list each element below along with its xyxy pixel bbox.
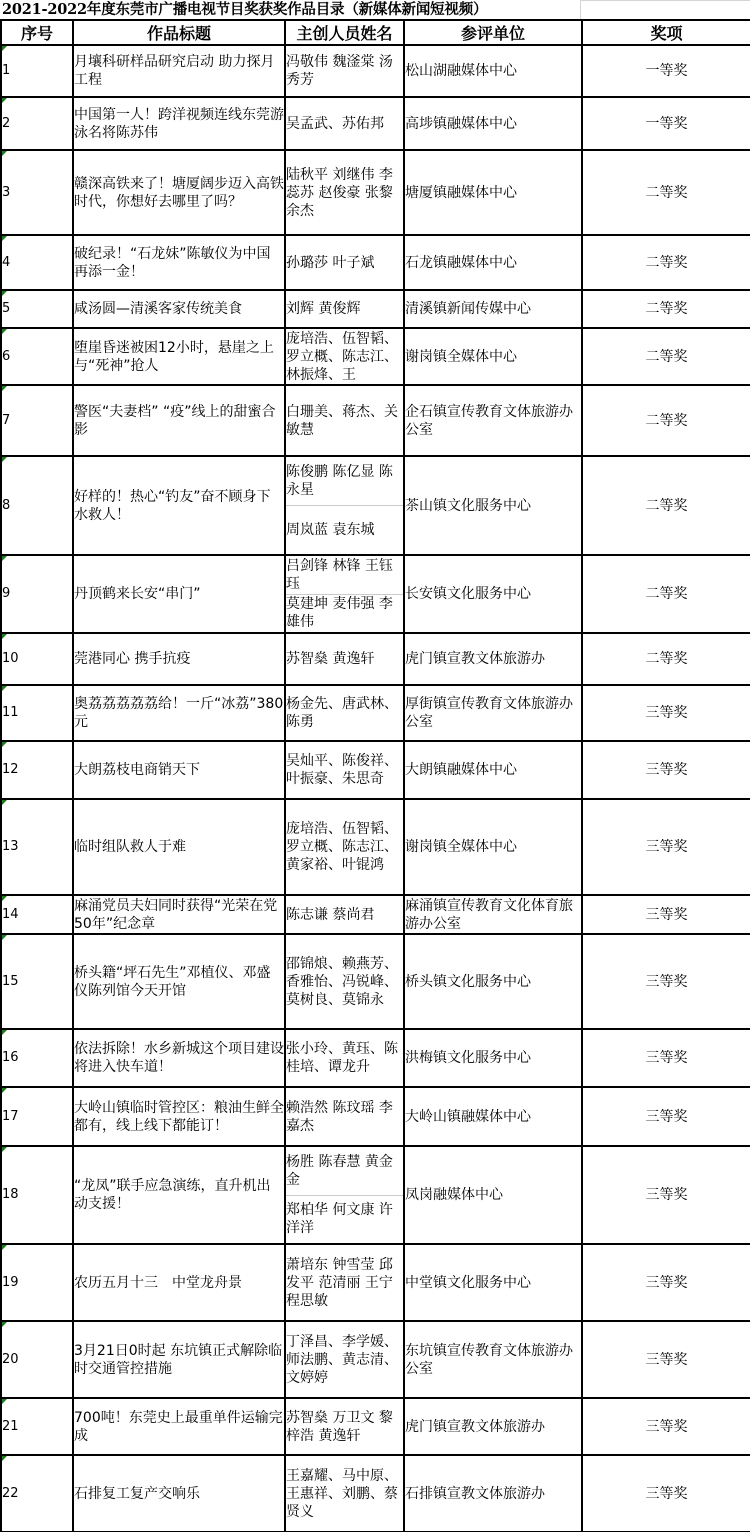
cell-index[interactable]: 15: [1, 934, 73, 1029]
creators-text: 庞培浩、伍智韬、罗立概、陈志江、黄家裕、叶锟鸿: [286, 820, 403, 874]
cell-work-title[interactable]: 麻涌党员夫妇同时获得“光荣在党50年”纪念章: [73, 895, 285, 934]
cell-work-title[interactable]: 大朗荔枝电商销天下: [73, 741, 285, 799]
cell-unit[interactable]: 石龙镇融媒体中心: [404, 235, 582, 290]
cell-award[interactable]: 三等奖: [582, 799, 750, 895]
cell-work-title[interactable]: 奥荔荔荔荔荔给！一斤“冰荔”380元: [73, 685, 285, 741]
cell-award[interactable]: 二等奖: [582, 555, 750, 633]
cell-work-title[interactable]: 破纪录！“石龙妹”陈敏仪为中国再添一金！: [73, 235, 285, 290]
cell-creators[interactable]: 刘辉 黄俊辉: [285, 290, 404, 328]
cell-index[interactable]: 9: [1, 555, 73, 633]
creators-text: 杨胜 陈春慧 黄金金: [286, 1153, 403, 1189]
cell-work-title[interactable]: 丹顶鹤来长安“串门”: [73, 555, 285, 633]
cell-creators[interactable]: 赖浩然 陈玟瑶 李嘉杰: [285, 1087, 404, 1146]
cell-work-title[interactable]: 依法拆除！水乡新城这个项目建设将进入快车道！: [73, 1029, 285, 1087]
cell-index[interactable]: 17: [1, 1087, 73, 1146]
cell-creators[interactable]: 杨胜 陈春慧 黄金金郑柏华 何文康 许洋洋: [285, 1146, 404, 1244]
cell-unit[interactable]: 洪梅镇文化服务中心: [404, 1029, 582, 1087]
cell-index[interactable]: 12: [1, 741, 73, 799]
cell-creators[interactable]: 苏智燊 黄逸轩: [285, 633, 404, 685]
cell-creators[interactable]: 邵锦烺、赖燕芳、香雅怡、冯锐峰、莫树良、莫锦永: [285, 934, 404, 1029]
cell-award[interactable]: 三等奖: [582, 1321, 750, 1398]
creators-text: 萧培东 钟雪莹 邱发平 范清丽 王宁程思敏: [286, 1256, 403, 1310]
header-row: 序号 作品标题 主创人员姓名 参评单位 奖项: [1, 20, 750, 45]
creators-sub-cell[interactable]: 郑柏华 何文康 许洋洋: [286, 1195, 403, 1244]
table-row: 21700吨！东莞史上最重单件运输完成苏智燊 万卫文 黎梓浩 黄逸轩虎门镇宣教文…: [1, 1398, 750, 1455]
table-row: 17大岭山镇临时管控区：粮油生鲜全都有，线上线下都能订！赖浩然 陈玟瑶 李嘉杰大…: [1, 1087, 750, 1146]
cell-unit[interactable]: 大朗镇融媒体中心: [404, 741, 582, 799]
creators-sub-cell[interactable]: 周岚蓝 袁东城: [286, 505, 403, 554]
cell-award[interactable]: 三等奖: [582, 934, 750, 1029]
sheet-title: 2021-2022年度东莞市广播电视节目奖获奖作品目录（新媒体新闻短视频）: [2, 0, 487, 19]
header-creators[interactable]: 主创人员姓名: [285, 20, 404, 45]
cell-award[interactable]: 三等奖: [582, 1087, 750, 1146]
table-row: 18“龙凤”联手应急演练，直升机出动支援！杨胜 陈春慧 黄金金郑柏华 何文康 许…: [1, 1146, 750, 1244]
creators-text: 苏智燊 黄逸轩: [286, 650, 403, 668]
table-row: 9丹顶鹤来长安“串门”吕剑锋 林锋 王钰珏莫建坤 麦伟强 李雄伟长安镇文化服务中…: [1, 555, 750, 633]
cell-unit[interactable]: 大岭山镇融媒体中心: [404, 1087, 582, 1146]
creators-text: 王嘉耀、马中原、王惠祥、刘鹏、蔡贤义: [286, 1467, 403, 1521]
cell-index[interactable]: 10: [1, 633, 73, 685]
table-row: 5咸汤圆—清溪客家传统美食刘辉 黄俊辉清溪镇新闻传媒中心二等奖: [1, 290, 750, 328]
table-row: 3赣深高铁来了！塘厦阔步迈入高铁时代，你想好去哪里了吗？陆秋平 刘继伟 李蕊苏 …: [1, 150, 750, 235]
table-row: 22石排复工复产交响乐王嘉耀、马中原、王惠祥、刘鹏、蔡贤义石排镇宣教文体旅游办三…: [1, 1455, 750, 1532]
cell-creators[interactable]: 陈志谦 蔡尚君: [285, 895, 404, 934]
cell-work-title[interactable]: 好样的！热心“钓友”奋不顾身下水救人！: [73, 456, 285, 555]
creators-text: 杨金先、唐武林、陈勇: [286, 695, 403, 731]
table-row: 7警医“夫妻档” “疫”线上的甜蜜合影白珊美、蒋杰、关敏慧企石镇宣传教育文体旅游…: [1, 385, 750, 456]
table-row: 12大朗荔枝电商销天下吴灿平、陈俊祥、叶振豪、朱思奇大朗镇融媒体中心三等奖: [1, 741, 750, 799]
cell-unit[interactable]: 桥头镇文化服务中心: [404, 934, 582, 1029]
cell-award[interactable]: 二等奖: [582, 385, 750, 456]
cell-award[interactable]: 二等奖: [582, 633, 750, 685]
creators-split-group: 吕剑锋 林锋 王钰珏莫建坤 麦伟强 李雄伟: [286, 556, 403, 632]
creators-text: 陈志谦 蔡尚君: [286, 906, 403, 924]
cell-work-title[interactable]: 赣深高铁来了！塘厦阔步迈入高铁时代，你想好去哪里了吗？: [73, 150, 285, 235]
cell-unit[interactable]: 高埗镇融媒体中心: [404, 97, 582, 150]
cell-unit[interactable]: 松山湖融媒体中心: [404, 45, 582, 97]
cell-unit[interactable]: 麻涌镇宣传教育文化体育旅游办公室: [404, 895, 582, 934]
creators-text: 吕剑锋 林锋 王钰珏: [286, 557, 403, 593]
cell-index[interactable]: 18: [1, 1146, 73, 1244]
cell-creators[interactable]: 陆秋平 刘继伟 李蕊苏 赵俊豪 张黎 余杰: [285, 150, 404, 235]
cell-work-title[interactable]: 农历五月十三 中堂龙舟景: [73, 1244, 285, 1321]
table-row: 14麻涌党员夫妇同时获得“光荣在党50年”纪念章陈志谦 蔡尚君麻涌镇宣传教育文化…: [1, 895, 750, 934]
awards-table: 序号 作品标题 主创人员姓名 参评单位 奖项 1月壤科研样品研究启动 助力探月工…: [0, 19, 750, 1532]
creators-text: 陈俊鹏 陈亿显 陈永星: [286, 463, 403, 499]
cell-award[interactable]: 二等奖: [582, 456, 750, 555]
cell-unit[interactable]: 企石镇宣传教育文体旅游办公室: [404, 385, 582, 456]
creators-text: 吴孟武、苏佑邦: [286, 115, 403, 133]
cell-index[interactable]: 7: [1, 385, 73, 456]
cell-award[interactable]: 三等奖: [582, 1455, 750, 1532]
gridline: [580, 0, 750, 1]
cell-creators[interactable]: 庞培浩、伍智韬、罗立概、陈志江、林振烽、王: [285, 328, 404, 385]
table-row: 203月21日0时起 东坑镇正式解除临时交通管控措施丁泽昌、李学媛、师法鹏、黄志…: [1, 1321, 750, 1398]
table-row: 6堕崖昏迷被困12小时，悬崖之上与“死神”抢人庞培浩、伍智韬、罗立概、陈志江、林…: [1, 328, 750, 385]
cell-creators[interactable]: 白珊美、蒋杰、关敏慧: [285, 385, 404, 456]
cell-award[interactable]: 二等奖: [582, 235, 750, 290]
cell-creators[interactable]: 冯敬伟 魏滏棠 汤秀芳: [285, 45, 404, 97]
cell-unit[interactable]: 厚街镇宣传教育文体旅游办公室: [404, 685, 582, 741]
cell-work-title[interactable]: 莞港同心 携手抗疫: [73, 633, 285, 685]
cell-unit[interactable]: 虎门镇宣教文体旅游办: [404, 633, 582, 685]
cell-unit[interactable]: 清溪镇新闻传媒中心: [404, 290, 582, 328]
cell-index[interactable]: 2: [1, 97, 73, 150]
creators-text: 孙璐莎 叶子斌: [286, 254, 403, 272]
cell-work-title[interactable]: 中国第一人！跨洋视频连线东莞游泳名将陈苏伟: [73, 97, 285, 150]
table-row: 15桥头籍“坪石先生”邓植仪、邓盛仪陈列馆今天开馆邵锦烺、赖燕芳、香雅怡、冯锐峰…: [1, 934, 750, 1029]
cell-unit[interactable]: 塘厦镇融媒体中心: [404, 150, 582, 235]
cell-index[interactable]: 11: [1, 685, 73, 741]
cell-index[interactable]: 21: [1, 1398, 73, 1455]
cell-creators[interactable]: 杨金先、唐武林、陈勇: [285, 685, 404, 741]
gridline: [580, 0, 581, 19]
creators-text: 白珊美、蒋杰、关敏慧: [286, 403, 403, 439]
cell-unit[interactable]: 石排镇宣教文体旅游办: [404, 1455, 582, 1532]
cell-unit[interactable]: 东坑镇宣传教育文体旅游办公室: [404, 1321, 582, 1398]
creators-sub-cell[interactable]: 莫建坤 麦伟强 李雄伟: [286, 594, 403, 633]
cell-creators[interactable]: 张小玲、黄珏、陈桂培、谭龙升: [285, 1029, 404, 1087]
creators-sub-cell[interactable]: 吕剑锋 林锋 王钰珏: [286, 556, 403, 594]
cell-work-title[interactable]: 大岭山镇临时管控区：粮油生鲜全都有，线上线下都能订！: [73, 1087, 285, 1146]
creators-sub-cell[interactable]: 陈俊鹏 陈亿显 陈永星: [286, 457, 403, 505]
cell-creators[interactable]: 庞培浩、伍智韬、罗立概、陈志江、黄家裕、叶锟鸿: [285, 799, 404, 895]
cell-work-title[interactable]: 堕崖昏迷被困12小时，悬崖之上与“死神”抢人: [73, 328, 285, 385]
cell-award[interactable]: 三等奖: [582, 741, 750, 799]
cell-award[interactable]: 一等奖: [582, 45, 750, 97]
cell-index[interactable]: 8: [1, 456, 73, 555]
cell-work-title[interactable]: 警医“夫妻档” “疫”线上的甜蜜合影: [73, 385, 285, 456]
cell-creators[interactable]: 吕剑锋 林锋 王钰珏莫建坤 麦伟强 李雄伟: [285, 555, 404, 633]
table-row: 10莞港同心 携手抗疫苏智燊 黄逸轩虎门镇宣教文体旅游办二等奖: [1, 633, 750, 685]
cell-creators[interactable]: 丁泽昌、李学媛、师法鹏、黄志清、文婷婷: [285, 1321, 404, 1398]
header-index[interactable]: 序号: [1, 20, 73, 45]
cell-award[interactable]: 三等奖: [582, 685, 750, 741]
title-row[interactable]: 2021-2022年度东莞市广播电视节目奖获奖作品目录（新媒体新闻短视频）: [0, 0, 750, 19]
creators-text: 周岚蓝 袁东城: [286, 521, 374, 539]
cell-award[interactable]: 三等奖: [582, 1146, 750, 1244]
creators-text: 吴灿平、陈俊祥、叶振豪、朱思奇: [286, 752, 403, 788]
table-row: 1月壤科研样品研究启动 助力探月工程冯敬伟 魏滏棠 汤秀芳松山湖融媒体中心一等奖: [1, 45, 750, 97]
cell-creators[interactable]: 陈俊鹏 陈亿显 陈永星周岚蓝 袁东城: [285, 456, 404, 555]
cell-index[interactable]: 5: [1, 290, 73, 328]
table-row: 13临时组队救人于难庞培浩、伍智韬、罗立概、陈志江、黄家裕、叶锟鸿谢岗镇全媒体中…: [1, 799, 750, 895]
cell-creators[interactable]: 吴孟武、苏佑邦: [285, 97, 404, 150]
table-row: 16依法拆除！水乡新城这个项目建设将进入快车道！张小玲、黄珏、陈桂培、谭龙升洪梅…: [1, 1029, 750, 1087]
cell-work-title[interactable]: 临时组队救人于难: [73, 799, 285, 895]
creators-text: 苏智燊 万卫文 黎梓浩 黄逸轩: [286, 1409, 403, 1445]
cell-unit[interactable]: 虎门镇宣教文体旅游办: [404, 1398, 582, 1455]
cell-work-title[interactable]: 3月21日0时起 东坑镇正式解除临时交通管控措施: [73, 1321, 285, 1398]
table-row: 8好样的！热心“钓友”奋不顾身下水救人！陈俊鹏 陈亿显 陈永星周岚蓝 袁东城茶山…: [1, 456, 750, 555]
cell-work-title[interactable]: “龙凤”联手应急演练，直升机出动支援！: [73, 1146, 285, 1244]
creators-text: 莫建坤 麦伟强 李雄伟: [286, 595, 403, 631]
cell-index[interactable]: 1: [1, 45, 73, 97]
cell-unit[interactable]: 谢岗镇全媒体中心: [404, 799, 582, 895]
creators-text: 赖浩然 陈玟瑶 李嘉杰: [286, 1099, 403, 1135]
creators-split-group: 杨胜 陈春慧 黄金金郑柏华 何文康 许洋洋: [286, 1147, 403, 1243]
cell-award[interactable]: 二等奖: [582, 150, 750, 235]
header-work-title[interactable]: 作品标题: [73, 20, 285, 45]
cell-creators[interactable]: 萧培东 钟雪莹 邱发平 范清丽 王宁程思敏: [285, 1244, 404, 1321]
table-row: 2中国第一人！跨洋视频连线东莞游泳名将陈苏伟吴孟武、苏佑邦高埗镇融媒体中心一等奖: [1, 97, 750, 150]
creators-split-group: 陈俊鹏 陈亿显 陈永星周岚蓝 袁东城: [286, 457, 403, 554]
cell-creators[interactable]: 王嘉耀、马中原、王惠祥、刘鹏、蔡贤义: [285, 1455, 404, 1532]
header-award[interactable]: 奖项: [582, 20, 750, 45]
cell-unit[interactable]: 凤岗融媒体中心: [404, 1146, 582, 1244]
spreadsheet: 2021-2022年度东莞市广播电视节目奖获奖作品目录（新媒体新闻短视频） 序号…: [0, 0, 750, 1532]
creators-text: 郑柏华 何文康 许洋洋: [286, 1201, 403, 1237]
cell-creators[interactable]: 苏智燊 万卫文 黎梓浩 黄逸轩: [285, 1398, 404, 1455]
table-body: 1月壤科研样品研究启动 助力探月工程冯敬伟 魏滏棠 汤秀芳松山湖融媒体中心一等奖…: [1, 45, 750, 1532]
cell-index[interactable]: 14: [1, 895, 73, 934]
cell-work-title[interactable]: 月壤科研样品研究启动 助力探月工程: [73, 45, 285, 97]
creators-text: 张小玲、黄珏、陈桂培、谭龙升: [286, 1040, 403, 1076]
cell-index[interactable]: 13: [1, 799, 73, 895]
table-row: 19农历五月十三 中堂龙舟景萧培东 钟雪莹 邱发平 范清丽 王宁程思敏中堂镇文化…: [1, 1244, 750, 1321]
creators-text: 陆秋平 刘继伟 李蕊苏 赵俊豪 张黎 余杰: [286, 166, 403, 220]
cell-work-title[interactable]: 700吨！东莞史上最重单件运输完成: [73, 1398, 285, 1455]
header-unit[interactable]: 参评单位: [404, 20, 582, 45]
cell-index[interactable]: 22: [1, 1455, 73, 1532]
cell-award[interactable]: 三等奖: [582, 895, 750, 934]
creators-text: 丁泽昌、李学媛、师法鹏、黄志清、文婷婷: [286, 1333, 403, 1387]
cell-award[interactable]: 三等奖: [582, 1029, 750, 1087]
creators-text: 刘辉 黄俊辉: [286, 300, 403, 318]
cell-work-title[interactable]: 桥头籍“坪石先生”邓植仪、邓盛仪陈列馆今天开馆: [73, 934, 285, 1029]
cell-index[interactable]: 19: [1, 1244, 73, 1321]
creators-text: 庞培浩、伍智韬、罗立概、陈志江、林振烽、王: [286, 330, 403, 383]
cell-award[interactable]: 三等奖: [582, 1398, 750, 1455]
cell-creators[interactable]: 孙璐莎 叶子斌: [285, 235, 404, 290]
cell-award[interactable]: 二等奖: [582, 328, 750, 385]
cell-index[interactable]: 4: [1, 235, 73, 290]
cell-award[interactable]: 一等奖: [582, 97, 750, 150]
cell-unit[interactable]: 长安镇文化服务中心: [404, 555, 582, 633]
table-row: 11奥荔荔荔荔荔给！一斤“冰荔”380元杨金先、唐武林、陈勇厚街镇宣传教育文体旅…: [1, 685, 750, 741]
cell-unit[interactable]: 中堂镇文化服务中心: [404, 1244, 582, 1321]
cell-award[interactable]: 二等奖: [582, 290, 750, 328]
table-row: 4破纪录！“石龙妹”陈敏仪为中国再添一金！孙璐莎 叶子斌石龙镇融媒体中心二等奖: [1, 235, 750, 290]
cell-award[interactable]: 三等奖: [582, 1244, 750, 1321]
cell-index[interactable]: 6: [1, 328, 73, 385]
cell-creators[interactable]: 吴灿平、陈俊祥、叶振豪、朱思奇: [285, 741, 404, 799]
cell-work-title[interactable]: 咸汤圆—清溪客家传统美食: [73, 290, 285, 328]
creators-text: 邵锦烺、赖燕芳、香雅怡、冯锐峰、莫树良、莫锦永: [286, 955, 403, 1009]
cell-unit[interactable]: 茶山镇文化服务中心: [404, 456, 582, 555]
cell-unit[interactable]: 谢岗镇全媒体中心: [404, 328, 582, 385]
cell-index[interactable]: 16: [1, 1029, 73, 1087]
cell-index[interactable]: 3: [1, 150, 73, 235]
creators-sub-cell[interactable]: 杨胜 陈春慧 黄金金: [286, 1147, 403, 1195]
creators-text: 冯敬伟 魏滏棠 汤秀芳: [286, 53, 403, 89]
cell-work-title[interactable]: 石排复工复产交响乐: [73, 1455, 285, 1532]
cell-index[interactable]: 20: [1, 1321, 73, 1398]
